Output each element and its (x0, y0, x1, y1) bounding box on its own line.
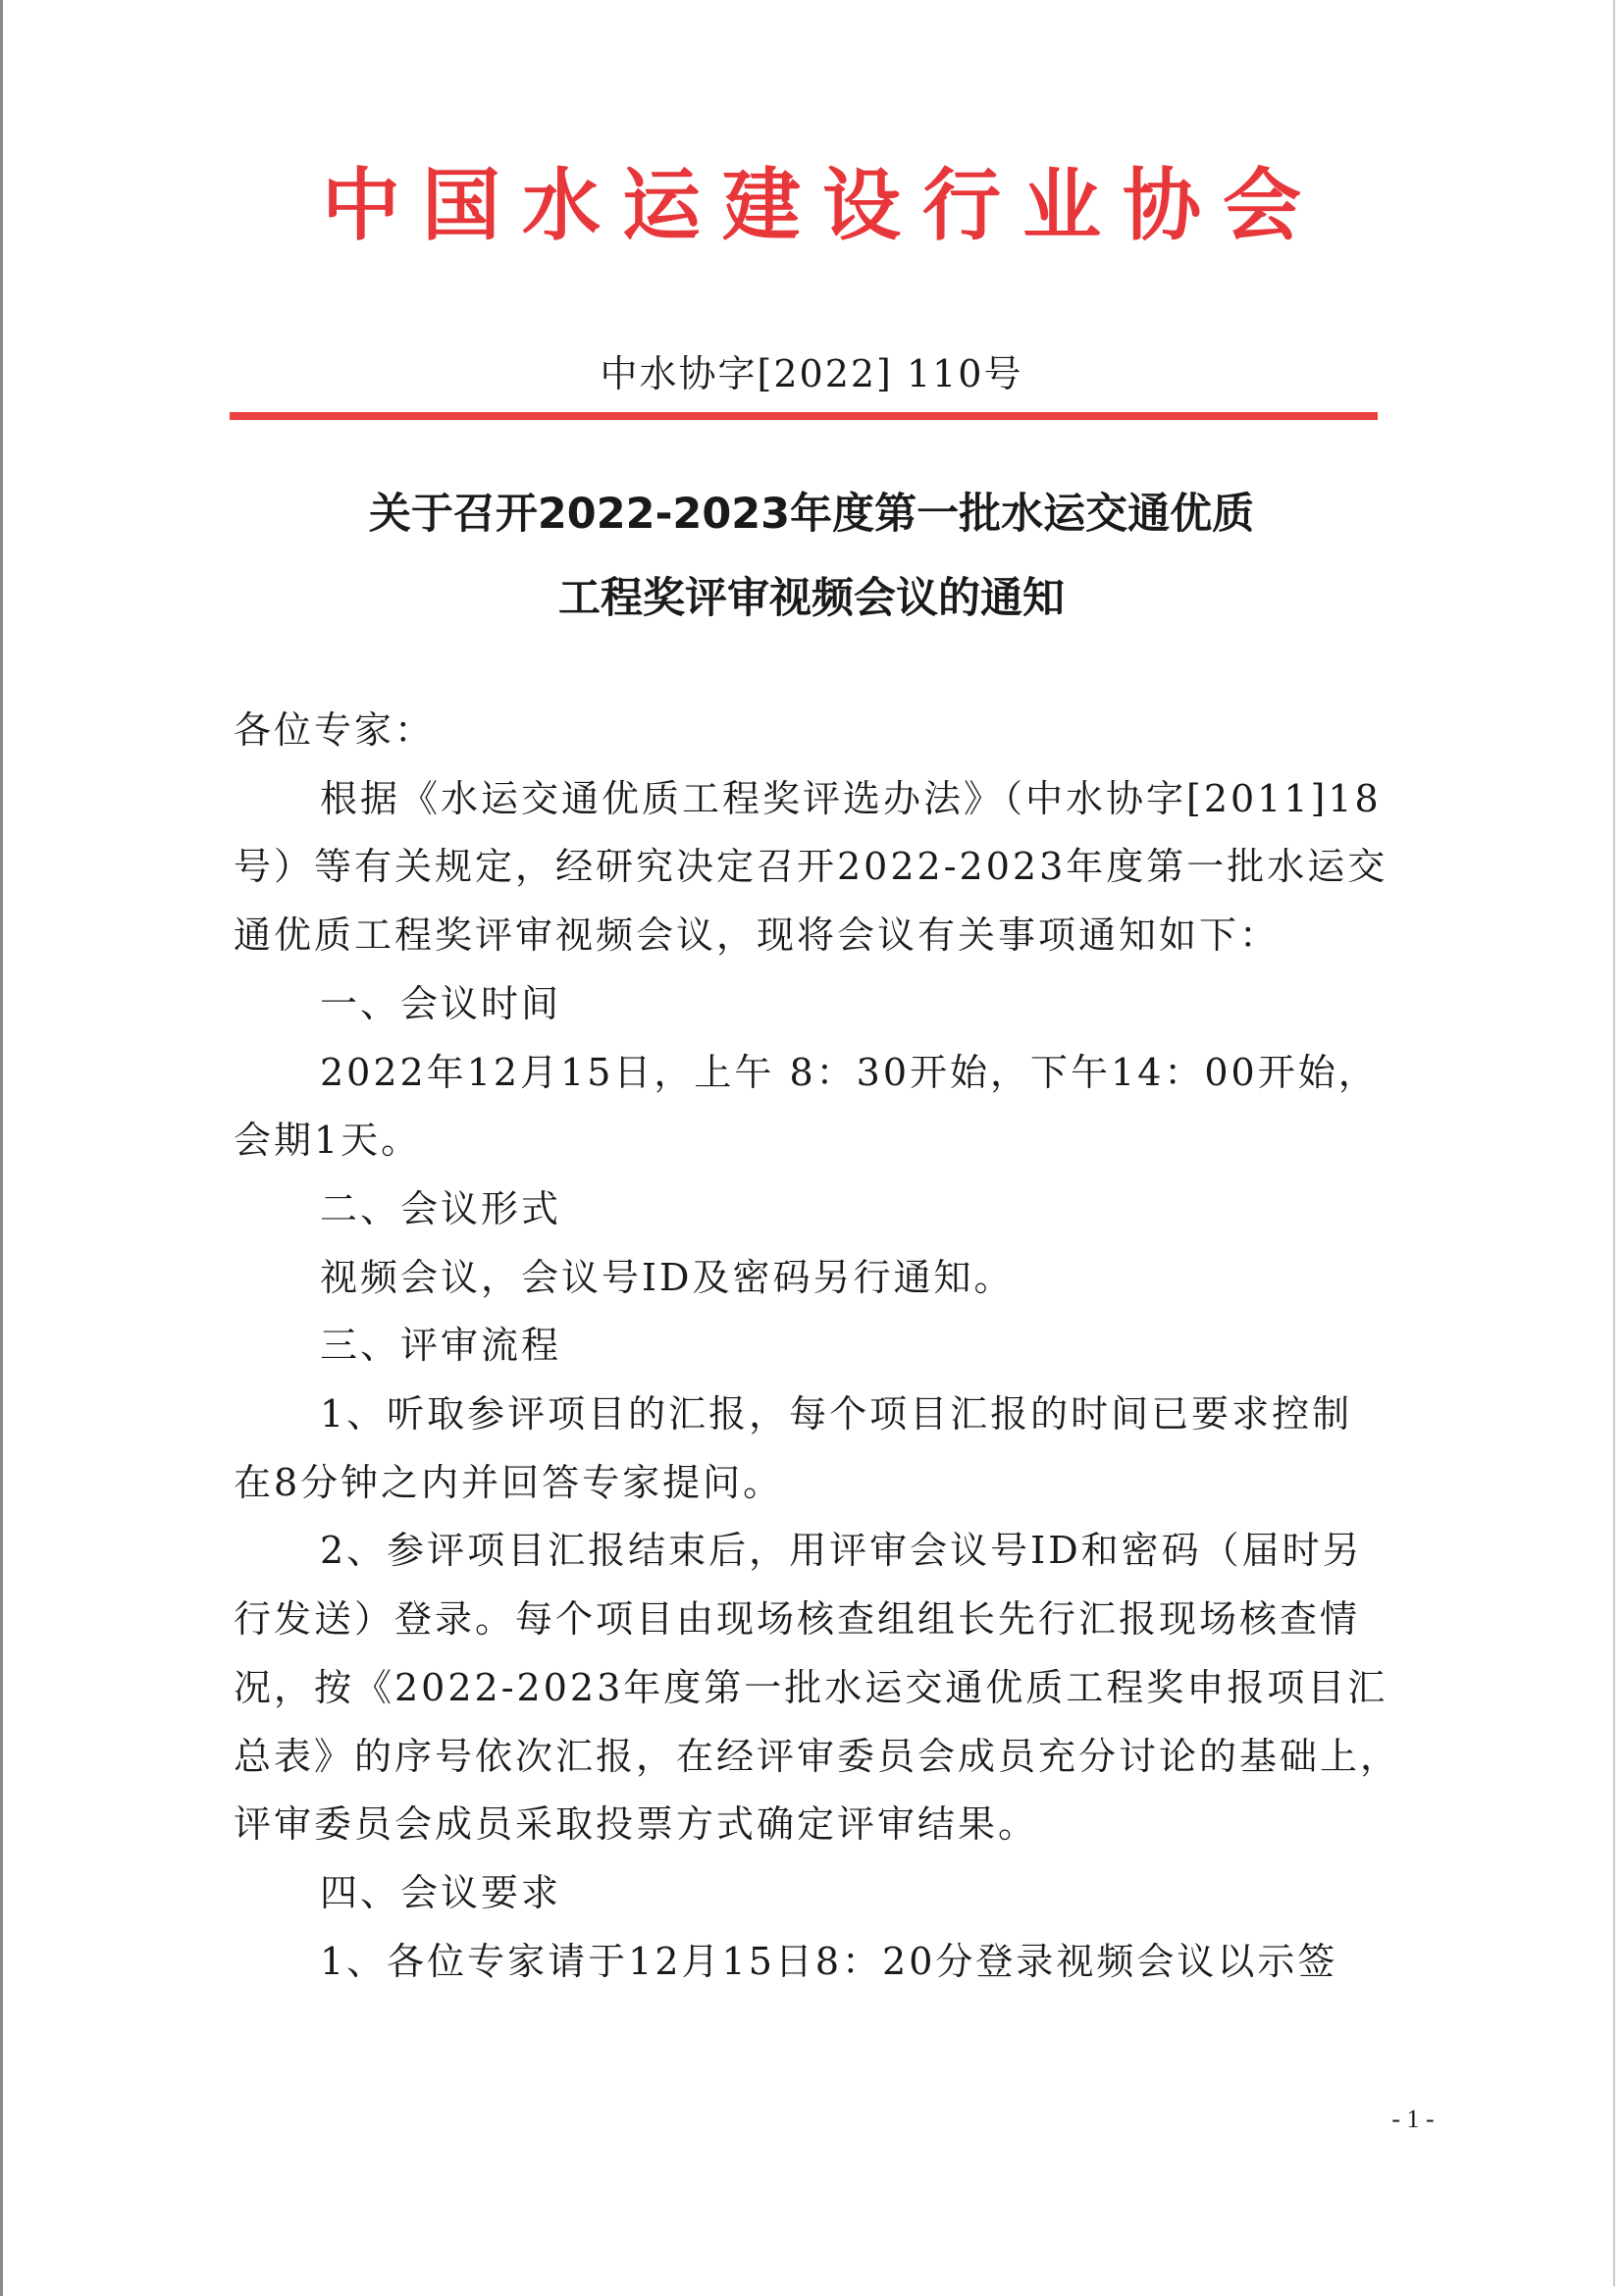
process-item-2: 况，按《2022-2023年度第一批水运交通优质工程奖申报项目汇 (234, 1654, 1427, 1723)
document-title-line-2: 工程奖评审视频会议的通知 (0, 571, 1623, 626)
section-heading-requirements: 四、会议要求 (234, 1859, 1427, 1928)
scan-edge-left (0, 0, 3, 2296)
section-heading-process: 三、评审流程 (234, 1312, 1427, 1381)
process-item-2: 2、参评项目汇报结束后，用评审会议号ID和密码（届时另 (234, 1517, 1427, 1586)
intro-line: 号）等有关规定，经研究决定召开2022-2023年度第一批水运交 (234, 833, 1427, 902)
intro-line: 根据《水运交通优质工程奖评选办法》（中水协字[2011]18 (234, 765, 1427, 834)
red-divider-rule (230, 412, 1378, 420)
page-number: - 1 - (1374, 2105, 1452, 2134)
process-item-2: 行发送）登录。每个项目由现场核查组组长先行汇报现场核查情 (234, 1586, 1427, 1654)
document-page: 中国水运建设行业协会 中水协字[2022] 110号 关于召开2022-2023… (0, 0, 1623, 2296)
section-heading-time: 一、会议时间 (234, 970, 1427, 1039)
section-text: 2022年12月15日，上午 8：30开始，下午14：00开始， (234, 1039, 1427, 1108)
document-body: 各位专家： 根据《水运交通优质工程奖评选办法》（中水协字[2011]18 号）等… (234, 697, 1427, 1996)
salutation: 各位专家： (234, 697, 1427, 765)
section-text: 会期1天。 (234, 1107, 1427, 1175)
process-item-1: 在8分钟之内并回答专家提问。 (234, 1449, 1427, 1518)
document-title-line-1: 关于召开2022-2023年度第一批水运交通优质 (0, 487, 1623, 542)
section-text: 视频会议，会议号ID及密码另行通知。 (234, 1244, 1427, 1313)
process-item-1: 1、听取参评项目的汇报，每个项目汇报的时间已要求控制 (234, 1381, 1427, 1449)
requirement-item-1: 1、各位专家请于12月15日8：20分登录视频会议以示签 (234, 1928, 1427, 1997)
process-item-2: 总表》的序号依次汇报，在经评审委员会成员充分讨论的基础上， (234, 1723, 1427, 1792)
scan-edge-right (1613, 0, 1615, 2286)
document-number: 中水协字[2022] 110号 (0, 349, 1623, 398)
intro-line: 通优质工程奖评审视频会议，现将会议有关事项通知如下： (234, 902, 1427, 970)
organization-header: 中国水运建设行业协会 (0, 157, 1623, 255)
section-heading-format: 二、会议形式 (234, 1175, 1427, 1244)
process-item-2: 评审委员会成员采取投票方式确定评审结果。 (234, 1791, 1427, 1859)
